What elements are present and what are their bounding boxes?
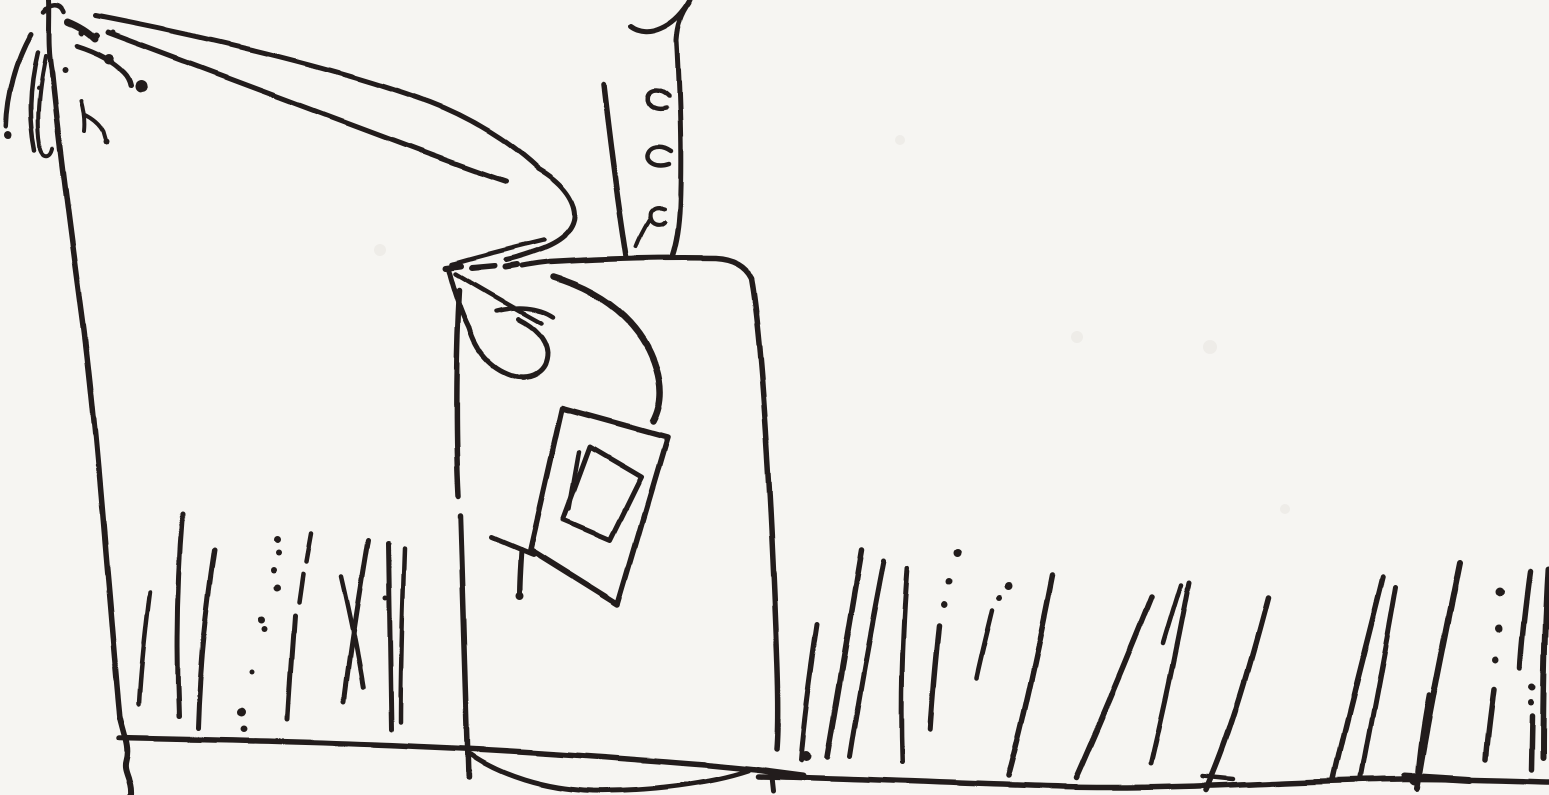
ink-dot [274, 585, 281, 592]
grass-blade [1543, 570, 1548, 758]
ink-dot [94, 33, 100, 39]
paper-speck [1280, 504, 1290, 514]
ink-dot [241, 726, 248, 733]
fold-dash-c [505, 265, 517, 267]
tag-inner-rect [563, 447, 641, 540]
grass-blade [288, 616, 295, 719]
paper-speck [895, 135, 905, 145]
ink-dot [111, 31, 116, 36]
grass-blade [1333, 577, 1383, 779]
grass-blade [801, 625, 818, 760]
tree-twig-b [85, 115, 106, 139]
post-curl-2 [648, 147, 671, 166]
ink-dot [1409, 773, 1421, 785]
ink-dot [275, 551, 281, 557]
ink-dot [1492, 657, 1499, 664]
grass-blade [1486, 690, 1494, 760]
paper-speck [1071, 331, 1083, 343]
ink-dot [270, 568, 276, 574]
grass-blade-dash [306, 534, 311, 562]
sketch-canvas [0, 0, 1549, 795]
grass-blade [1076, 597, 1152, 778]
grass-blade [198, 550, 215, 728]
ink-dot [135, 80, 147, 92]
paper-speck [374, 244, 386, 256]
box-top-left-segment [522, 262, 549, 266]
ink-dot [261, 626, 267, 632]
ink-dot [515, 592, 523, 600]
grass-blade [1361, 587, 1396, 777]
ground-line-left [119, 738, 756, 770]
grass-blade [931, 627, 940, 729]
ink-dot [801, 751, 811, 761]
tree-trunk-top [49, 0, 52, 72]
ink-dot [4, 131, 12, 139]
tag-diamond [530, 408, 667, 604]
tree-trunk-main [52, 72, 120, 718]
post-curl-3 [651, 208, 665, 224]
ink-dot [383, 596, 388, 601]
tree-trunk-base [120, 718, 131, 795]
ink-dot [942, 603, 949, 610]
box-left-edge-upper [457, 291, 460, 497]
fold-inner-diagonal [456, 274, 541, 323]
grass-blade [388, 543, 391, 729]
grass-base-dash [1203, 776, 1233, 779]
post-left-line [604, 84, 627, 256]
grass-blade-dash [977, 611, 993, 679]
tag-tie-vertical [519, 549, 521, 594]
tree-top-nub [44, 5, 64, 12]
ink-dot [238, 708, 247, 717]
paper-speck [1203, 340, 1217, 354]
collar-loop [470, 319, 547, 377]
grass-blade [901, 568, 907, 762]
grass-blade [1151, 582, 1189, 763]
post-curl-3-tail [637, 220, 650, 246]
ink-dot [274, 538, 281, 545]
grass-blade-dash [299, 574, 303, 602]
grass-blade [1008, 575, 1053, 776]
rope-upper [96, 16, 539, 169]
grass-blade [344, 540, 368, 701]
tree-curve-left-outer [6, 34, 31, 126]
ink-dot [250, 670, 255, 675]
ink-dot [258, 617, 265, 624]
grass-blade [827, 550, 862, 757]
ink-dot [954, 549, 962, 557]
ink-dot [37, 86, 42, 91]
grass-blade [400, 548, 404, 722]
box-right-edge [751, 278, 778, 750]
ink-dot [104, 54, 114, 64]
grass-blade [1417, 562, 1460, 788]
ink-dot [79, 30, 85, 36]
ink-dot [947, 579, 954, 586]
box-top-edge [549, 258, 751, 278]
grass-blade [1520, 572, 1530, 668]
drawing-page [0, 0, 1549, 795]
strap-curve [553, 277, 660, 421]
ink-dot [1529, 685, 1536, 692]
grass-blade [1206, 598, 1268, 790]
ink-dot [104, 139, 110, 145]
tree-nose-curve [77, 46, 131, 85]
ink-dot [1528, 700, 1534, 706]
post-curl-1 [648, 90, 669, 109]
box-left-edge-lower [461, 516, 469, 777]
ink-dot [1005, 582, 1013, 590]
ink-dot [1496, 588, 1505, 597]
tag-tie-horizontal [492, 537, 533, 554]
grass-blade [178, 514, 183, 716]
ink-dot [62, 67, 68, 73]
post-top-branch [631, 0, 691, 32]
post-right-line [672, 3, 690, 256]
grass-blade [1531, 716, 1532, 770]
ink-layer [4, 0, 1549, 795]
fold-dash-b [472, 266, 494, 268]
grass-blade [139, 592, 150, 704]
ink-dot [1494, 624, 1502, 632]
ground-tick [771, 772, 773, 791]
paper-speck-layer [374, 135, 1290, 514]
ink-dot [997, 595, 1003, 601]
